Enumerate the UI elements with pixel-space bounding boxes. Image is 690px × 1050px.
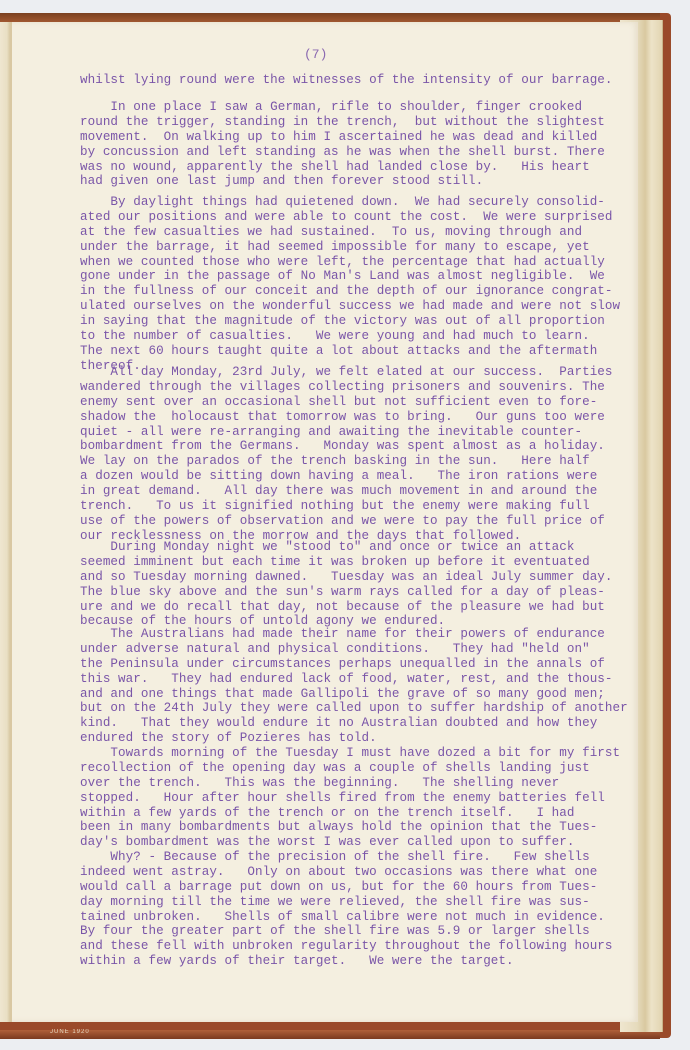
text-line: trench. To us it signified nothing but t… — [80, 499, 650, 514]
text-line: gone under in the passage of No Man's La… — [80, 269, 650, 284]
text-line: By daylight things had quietened down. W… — [80, 195, 650, 210]
paragraph: Towards morning of the Tuesday I must ha… — [80, 746, 650, 850]
text-line: day morning till the time we were reliev… — [80, 895, 650, 910]
text-line: enemy sent over an occasional shell but … — [80, 395, 650, 410]
paragraph: All day Monday, 23rd July, we felt elate… — [80, 365, 650, 544]
text-line: day's bombardment was the worst I was ev… — [80, 835, 650, 850]
text-line: tained unbroken. Shells of small calibre… — [80, 910, 650, 925]
text-line: had given one last jump and then forever… — [80, 174, 650, 189]
left-page-edge — [0, 22, 10, 1022]
text-line: indeed went astray. Only on about two oc… — [80, 865, 650, 880]
text-line: Why? - Because of the precision of the s… — [80, 850, 650, 865]
text-line: would call a barrage put down on us, but… — [80, 880, 650, 895]
text-line: been in many bombardments but always hol… — [80, 820, 650, 835]
paragraph: whilst lying round were the witnesses of… — [80, 73, 650, 88]
text-line: at the few casualties we had sustained. … — [80, 225, 650, 240]
paragraph: Why? - Because of the precision of the s… — [80, 850, 650, 969]
text-line: stopped. Hour after hour shells fired fr… — [80, 791, 650, 806]
text-line: The Australians had made their name for … — [80, 627, 650, 642]
text-line: but on the 24th July they were called up… — [80, 701, 650, 716]
text-line: In one place I saw a German, rifle to sh… — [80, 100, 650, 115]
text-line: seemed imminent but each time it was bro… — [80, 555, 650, 570]
text-line: in the fullness of our conceit and the d… — [80, 284, 650, 299]
text-line: wandered through the villages collecting… — [80, 380, 650, 395]
text-line: in saying that the magnitude of the vict… — [80, 314, 650, 329]
text-line: under adverse natural and physical condi… — [80, 642, 650, 657]
text-line: and these fell with unbroken regularity … — [80, 939, 650, 954]
text-line: use of the powers of observation and we … — [80, 514, 650, 529]
paragraph: During Monday night we "stood to" and on… — [80, 540, 650, 629]
text-line: bombardment from the Germans. Monday was… — [80, 439, 650, 454]
text-line: the Peninsula under circumstances perhap… — [80, 657, 650, 672]
text-line: kind. That they would endure it no Austr… — [80, 716, 650, 731]
text-line: and and one things that made Gallipoli t… — [80, 687, 650, 702]
text-line: The blue sky above and the sun's warm ra… — [80, 585, 650, 600]
paragraph: By daylight things had quietened down. W… — [80, 195, 650, 374]
text-line: under the barrage, it had seemed impossi… — [80, 240, 650, 255]
text-line: whilst lying round were the witnesses of… — [80, 73, 650, 88]
gutter-line — [10, 22, 12, 1022]
text-line: movement. On walking up to him I ascerta… — [80, 130, 650, 145]
text-line: The next 60 hours taught quite a lot abo… — [80, 344, 650, 359]
text-line: All day Monday, 23rd July, we felt elate… — [80, 365, 650, 380]
text-line: in great demand. All day there was much … — [80, 484, 650, 499]
text-line: ulated ourselves on the wonderful succes… — [80, 299, 650, 314]
text-line: by concussion and left standing as he wa… — [80, 145, 650, 160]
text-line: Towards morning of the Tuesday I must ha… — [80, 746, 650, 761]
text-line: quiet - all were re-arranging and awaiti… — [80, 425, 650, 440]
text-line: recollection of the opening day was a co… — [80, 761, 650, 776]
text-line: within a few yards of their target. We w… — [80, 954, 650, 969]
text-line: a dozen would be sitting down having a m… — [80, 469, 650, 484]
paragraph: In one place I saw a German, rifle to sh… — [80, 100, 650, 189]
text-line: this war. They had endured lack of food,… — [80, 672, 650, 687]
text-line: shadow the holocaust that tomorrow was t… — [80, 410, 650, 425]
text-line: and so Tuesday morning dawned. Tuesday w… — [80, 570, 650, 585]
text-line: to the number of casualties. We were you… — [80, 329, 650, 344]
paragraph: The Australians had made their name for … — [80, 627, 650, 746]
text-line: By four the greater part of the shell fi… — [80, 924, 650, 939]
text-line: round the trigger, standing in the trenc… — [80, 115, 650, 130]
text-line: ure and we do recall that day, not becau… — [80, 600, 650, 615]
text-line: within a few yards of the trench or on t… — [80, 806, 650, 821]
text-line: We lay on the parados of the trench bask… — [80, 454, 650, 469]
text-line: During Monday night we "stood to" and on… — [80, 540, 650, 555]
text-line: ated our positions and were able to coun… — [80, 210, 650, 225]
page-number: (7) — [304, 47, 327, 62]
text-line: when we counted those who were left, the… — [80, 255, 650, 270]
spine-mark: JUNE 1920 — [50, 1029, 110, 1035]
scanned-document: (7) whilst lying round were the witnesse… — [0, 0, 690, 1050]
text-line: endured the story of Pozieres has told. — [80, 731, 650, 746]
text-line: over the trench. This was the beginning.… — [80, 776, 650, 791]
text-line: was no wound, apparently the shell had l… — [80, 160, 650, 175]
